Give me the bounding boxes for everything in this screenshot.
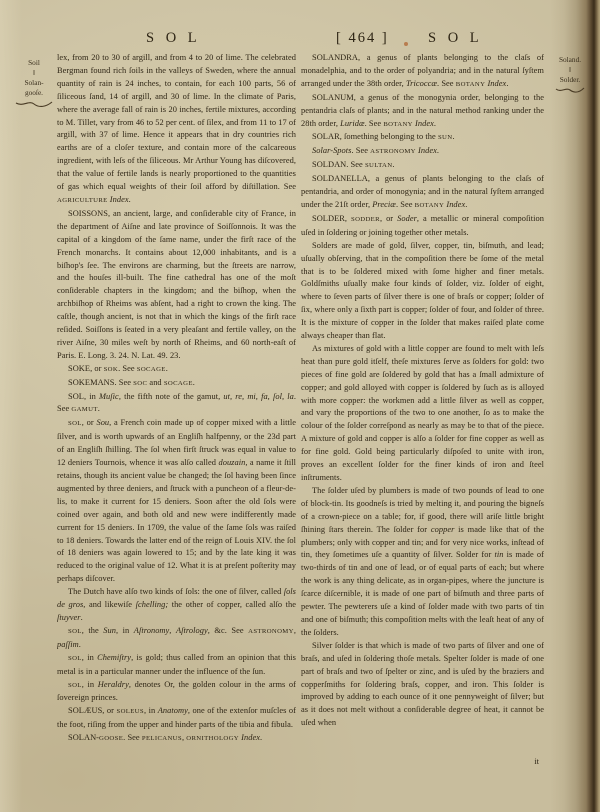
running-title-left: S O L xyxy=(146,30,201,47)
paragraph: As mixtures of gold with a little copper… xyxy=(301,343,544,485)
margin-note-left: Soil ‖ Solan- gooſe. xyxy=(14,58,54,108)
paragraph: SOLDANELLA, a genus of plants belonging … xyxy=(301,173,544,213)
margin-note-text: Solan- xyxy=(14,78,54,88)
catchword: it xyxy=(301,757,539,766)
margin-note-text: Soland. xyxy=(552,55,588,65)
margin-note-text: Soil xyxy=(14,58,54,68)
paragraph: Sol, the Sun, in Aſtronomy, Aſtrology, &… xyxy=(57,625,296,652)
paragraph: SOLAN-goose. See Pelicanus, Ornithology … xyxy=(57,732,296,746)
paragraph: SOLAR, ſomething belonging to the Sun. xyxy=(301,131,544,145)
paragraph: Solders are made of gold, ſilver, copper… xyxy=(301,240,544,343)
paragraph: SOL, in Muſic, the fifth note of the gam… xyxy=(57,391,296,418)
margin-note-text: Solder. xyxy=(552,75,588,85)
paragraph: SOLANUM, a genus of the monogynia order,… xyxy=(301,92,544,132)
paragraph: Sol, in Chemiſtry, is gold; thus called … xyxy=(57,652,296,679)
margin-note-text: gooſe. xyxy=(14,88,54,98)
page-left-edge-shading xyxy=(0,0,22,812)
paragraph: SOISSONS, an ancient, large, and conſide… xyxy=(57,208,296,363)
paragraph: The Dutch have alſo two kinds of ſols: t… xyxy=(57,586,296,625)
paragraph: SOLÆUS, or Soleus, in Anatomy, one of th… xyxy=(57,705,296,732)
page-number: [ 464 ] xyxy=(336,30,389,47)
margin-note-flourish xyxy=(15,99,53,108)
book-gutter-shading xyxy=(550,0,600,812)
margin-note-separator: ‖ xyxy=(552,65,588,75)
paragraph: SOKEMANS. See Soc and Socage. xyxy=(57,377,296,391)
paragraph: Solar-Spots. See Astronomy Index. xyxy=(301,145,544,159)
text-column-left: lex, from 20 to 30 of argill, and from 4… xyxy=(57,52,296,746)
running-header: S O L [ 464 ] S O L xyxy=(0,30,600,50)
ink-speck xyxy=(404,42,408,46)
paragraph: The ſolder uſed by plumbers is made of t… xyxy=(301,485,544,640)
paragraph: Silver ſolder is that which is made of t… xyxy=(301,640,544,730)
text-column-right: SOLANDRA, a genus of plants belonging to… xyxy=(301,52,544,730)
paragraph: SOLANDRA, a genus of plants belonging to… xyxy=(301,52,544,92)
paragraph: SOKE, or Sok. See Socage. xyxy=(57,363,296,377)
running-title-right: S O L xyxy=(428,30,483,47)
margin-note-right: Soland. ‖ Solder. xyxy=(552,55,588,94)
paragraph: SOLDER, Sodder, or Soder, a metallic or … xyxy=(301,213,544,240)
margin-note-separator: ‖ xyxy=(14,68,54,78)
paragraph: SOLDAN. See Sultan. xyxy=(301,159,544,173)
paragraph: Sol, in Heraldry, denotes Or, the golden… xyxy=(57,679,296,706)
margin-note-flourish xyxy=(555,86,585,94)
paragraph: Sol, or Sou, a French coin made up of co… xyxy=(57,417,296,586)
paragraph: lex, from 20 to 30 of argill, and from 4… xyxy=(57,52,296,208)
scanned-book-page: S O L [ 464 ] S O L Soil ‖ Solan- gooſe.… xyxy=(0,0,600,812)
